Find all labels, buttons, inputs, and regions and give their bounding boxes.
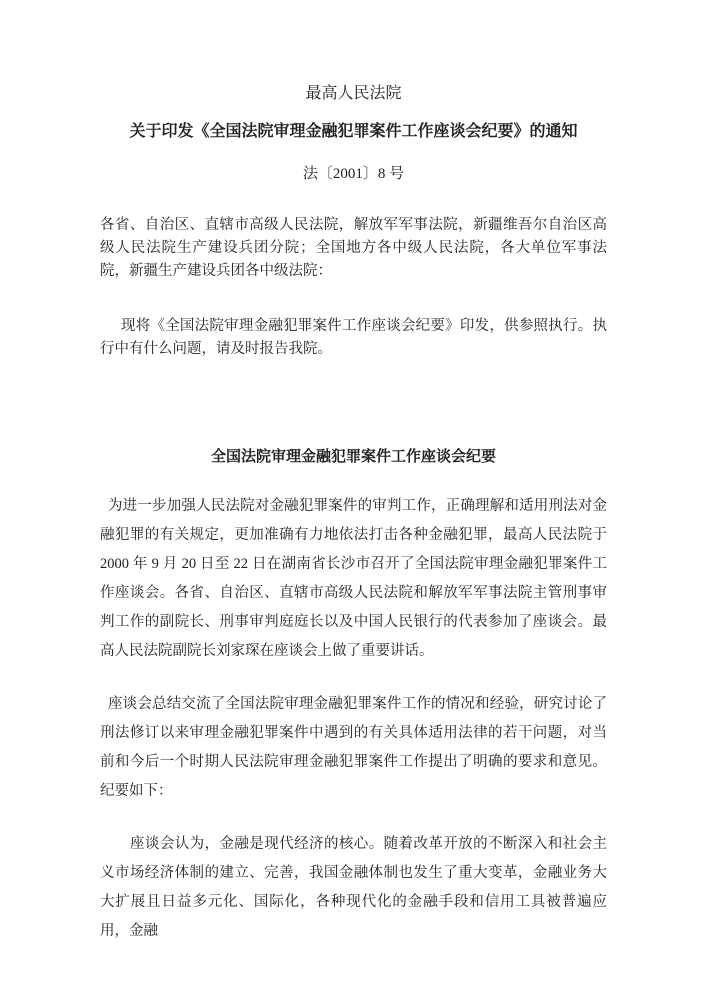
document-title: 关于印发《全国法院审理金融犯罪案件工作座谈会纪要》的通知	[100, 121, 607, 143]
document-page: 最高人民法院 关于印发《全国法院审理金融犯罪案件工作座谈会纪要》的通知 法〔20…	[0, 0, 707, 999]
document-content: 最高人民法院 关于印发《全国法院审理金融犯罪案件工作座谈会纪要》的通知 法〔20…	[0, 0, 707, 946]
document-number: 法〔2001〕8 号	[100, 164, 607, 185]
minutes-paragraph-1: 为进一步加强人民法院对金融犯罪案件的审判工作，正确理解和适用刑法对金融犯罪的有关…	[100, 492, 607, 666]
minutes-heading: 全国法院审理金融犯罪案件工作座谈会纪要	[100, 447, 607, 468]
minutes-paragraph-2: 座谈会总结交流了全国法院审理金融犯罪案件工作的情况和经验，研究讨论了刑法修订以来…	[100, 690, 607, 806]
notice-addressee: 各省、自治区、直辖市高级人民法院，解放军军事法院，新疆维吾尔自治区高级人民法院生…	[100, 214, 607, 283]
document-issuer: 最高人民法院	[100, 83, 607, 104]
notice-body-paragraph: 现将《全国法院审理金融犯罪案件工作座谈会纪要》印发，供参照执行。执行中有什么问题…	[100, 315, 607, 361]
minutes-paragraph-3: 座谈会认为，金融是现代经济的核心。随着改革开放的不断深入和社会主义市场经济体制的…	[100, 830, 607, 946]
